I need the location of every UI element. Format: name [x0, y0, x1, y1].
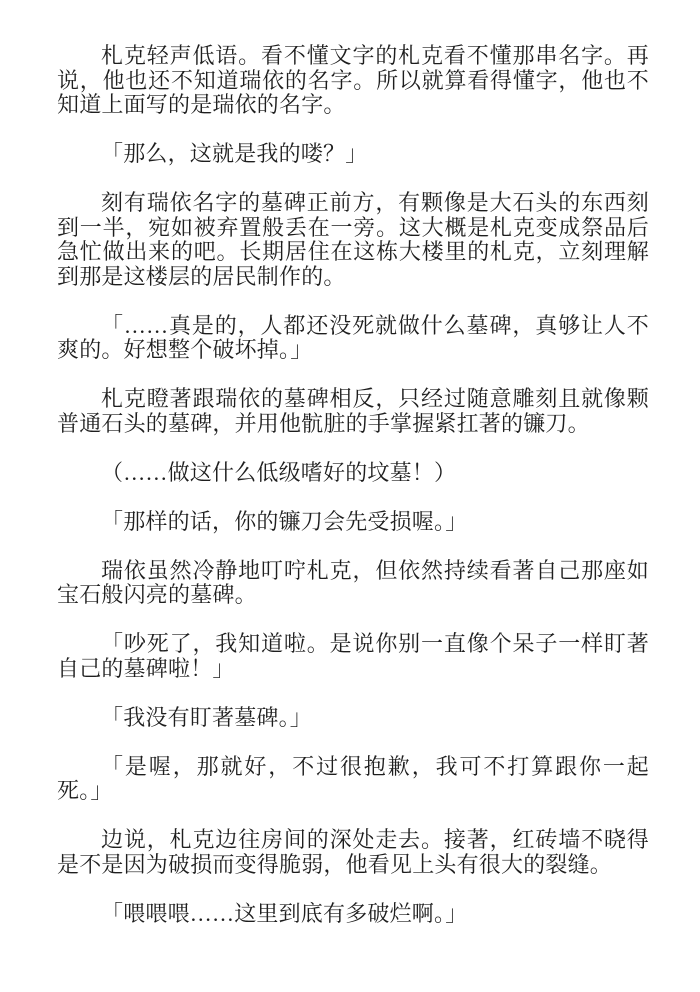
paragraph-dialogue: 「是喔，那就好，不过很抱歉，我可不打算跟你一起死。」	[57, 755, 649, 804]
paragraph: 边说，札克边往房间的深处走去。接著，红砖墙不晓得是不是因为破损而变得脆弱，他看见…	[57, 828, 649, 877]
paragraph-dialogue: 「喂喂喂……这里到底有多破烂啊。」	[57, 902, 649, 927]
paragraph: 札克瞪著跟瑞依的墓碑相反，只经过随意雕刻且就像颗普通石头的墓碑，并用他骯脏的手掌…	[57, 387, 649, 436]
paragraph-dialogue: 「那样的话，你的镰刀会先受损喔。」	[57, 510, 649, 535]
paragraph: 刻有瑞依名字的墓碑正前方，有颗像是大石头的东西刻到一半，宛如被弃置般丢在一旁。这…	[57, 191, 649, 289]
paragraph-dialogue: 「……真是的，人都还没死就做什么墓碑，真够让人不爽的。好想整个破坏掉。」	[57, 314, 649, 363]
paragraph: 札克轻声低语。看不懂文字的札克看不懂那串名字。再说，他也还不知道瑞依的名字。所以…	[57, 44, 649, 118]
paragraph-dialogue: 「吵死了，我知道啦。是说你别一直像个呆子一样盯著自己的墓碑啦！」	[57, 632, 649, 681]
paragraph-inner-thought: （……做这什么低级嗜好的坟墓！）	[57, 461, 649, 486]
paragraph-dialogue: 「我没有盯著墓碑。」	[57, 706, 649, 731]
paragraph-dialogue: 「那么，这就是我的喽？」	[57, 142, 649, 167]
paragraph: 瑞依虽然冷静地叮咛札克，但依然持续看著自己那座如宝石般闪亮的墓碑。	[57, 559, 649, 608]
novel-page-text: 札克轻声低语。看不懂文字的札克看不懂那串名字。再说，他也还不知道瑞依的名字。所以…	[57, 44, 649, 926]
